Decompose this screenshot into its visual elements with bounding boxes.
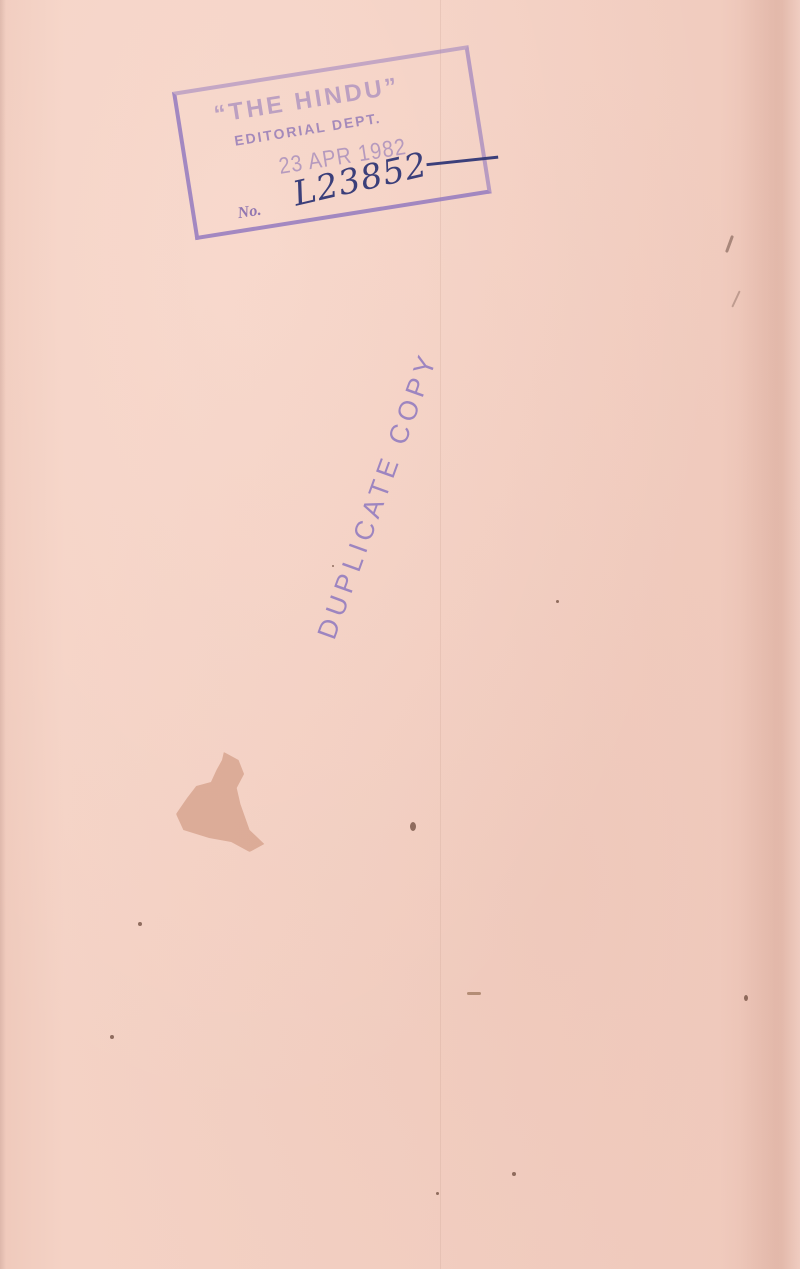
scratch-mark <box>725 235 734 253</box>
speck <box>744 995 748 1001</box>
paper-left-edge <box>0 0 6 1269</box>
editorial-stamp: “THE HINDU” EDITORIAL DEPT. 23 APR 1982 … <box>172 45 492 240</box>
speck <box>512 1172 516 1176</box>
speck <box>467 992 481 995</box>
duplicate-copy-stamp: DUPLICATE COPY <box>292 293 465 698</box>
speck <box>110 1035 114 1039</box>
photo-back-sheet: “THE HINDU” EDITORIAL DEPT. 23 APR 1982 … <box>0 0 800 1269</box>
handwritten-underline <box>426 156 498 167</box>
speck <box>138 922 142 926</box>
water-stain <box>176 752 268 852</box>
speck <box>436 1192 439 1195</box>
stamp-number-label: No. <box>237 202 263 223</box>
speck <box>332 565 334 567</box>
speck <box>410 822 416 831</box>
speck <box>556 600 559 603</box>
paper-right-edge <box>740 0 800 1269</box>
